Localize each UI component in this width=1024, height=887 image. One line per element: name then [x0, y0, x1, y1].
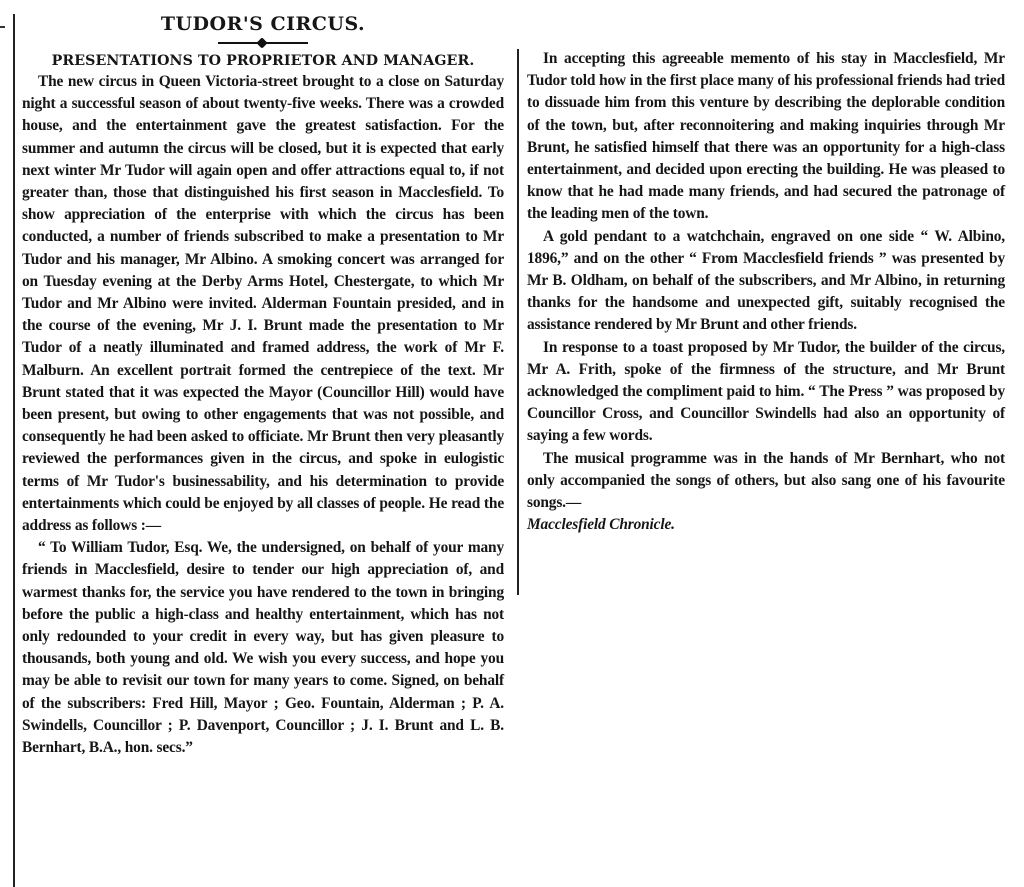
column-divider-rule	[517, 49, 519, 595]
article-title: TUDOR'S CIRCUS.	[22, 12, 504, 36]
article-paragraph: A gold pendant to a watchchain, engraved…	[527, 226, 1005, 337]
address-quotation: “ To William Tudor, Esq. We, the undersi…	[22, 537, 504, 759]
article-paragraph: In accepting this agreeable memento of h…	[527, 48, 1005, 226]
source-attribution: Macclesfield Chronicle.	[527, 514, 1005, 536]
article-paragraph: The new circus in Queen Victoria-street …	[22, 71, 504, 537]
article-paragraph: The musical programme was in the hands o…	[527, 448, 1005, 515]
right-column: In accepting this agreeable memento of h…	[527, 48, 1005, 536]
ornament-diamond-icon	[256, 37, 267, 48]
left-column: TUDOR'S CIRCUS. PRESENTATIONS TO PROPRIE…	[22, 8, 504, 759]
article-subheading: PRESENTATIONS TO PROPRIETOR AND MANAGER.	[22, 51, 504, 71]
title-ornament-rule	[218, 38, 308, 48]
article-paragraph: In response to a toast proposed by Mr Tu…	[527, 337, 1005, 448]
left-column-rule	[13, 14, 15, 887]
margin-tick-mark	[0, 26, 5, 28]
